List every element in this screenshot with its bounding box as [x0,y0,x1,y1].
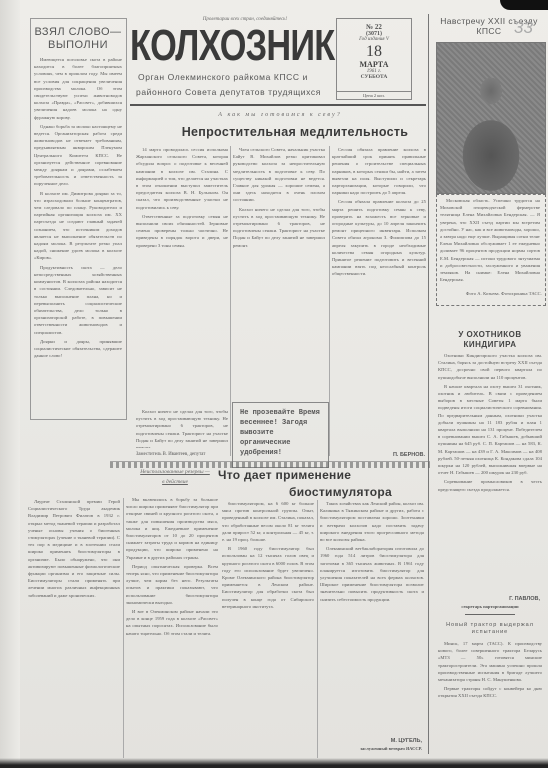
section-wave-divider [110,461,430,468]
main-col-rule-2 [329,146,330,456]
bio-rubric-1: Неиспользованные резервы — [125,469,225,475]
bio-col-4: Таких хозяйствах как Ленский район, колх… [320,500,424,736]
main-col-rule-1 [230,146,231,456]
bio-headline-2: биостимулятора [289,485,392,499]
photo-credit: Фото А. Козьева. Фотохроника ТАСС. [460,290,542,304]
tractor-headline: Новый трактор выдержал испытание [436,622,544,636]
issue-price: Цена 2 коп. [337,91,411,99]
bio-col-3: биостимулятором, на 6 600 кг больше мяса… [222,500,314,758]
masthead-rule [130,104,426,106]
bio-author-title: заслуженный ветврач ЯАССР. [330,746,422,751]
issue-date-box: № 22 (3071) Год издания V 18 МАРТА 1961 … [336,18,412,100]
main-col-1-tail: Колхоз ничего не сделал для того, чтобы … [136,408,228,448]
issue-weekday: СУББОТА [337,74,411,80]
main-col-2: Член сельского Совета, начальник участка… [233,146,325,396]
organ-line-1: Орган Олекминского райкома КПСС и [138,72,308,82]
issue-number: № 22 [337,23,411,31]
hunters-headline: У ОХОТНИКОВ КИНДИГИРА [436,330,544,350]
page-fold-shadow [0,0,20,768]
deputy-signature: Заместитель В. Ивантеев, депутат [136,452,228,457]
main-col-1: 14 марта проводилась сессия исполкома Жа… [136,146,228,406]
newspaper-page: ВЗЯЛ СЛОВО— ВЫПОЛНИ Имеющееся поголовье … [0,0,548,768]
tractor-text: Минск, 17 марта (ТАСС). К производству н… [438,640,542,720]
left-column-text: Имеющееся поголовье скота в районе наход… [34,56,122,416]
main-headline: Непростительная медлительность [165,125,425,139]
torn-corner [500,0,548,10]
main-col-3: Сессия обязала правление колхоза в кратч… [332,146,426,436]
notice-text: Не прозевайте Время весеннее! Загодя выв… [240,408,322,458]
newspaper-title: КОЛХОЗНИК [130,23,334,69]
hunters-text: Охотники Киндигирского участка колхоза и… [438,352,542,592]
issue-day: 18 [337,44,411,60]
issue-month: МАРТА [337,60,411,69]
photo-milkmaid [436,42,546,194]
bio-col-rule-2 [317,500,318,758]
archive-mark: 33 [514,18,533,38]
bio-col-1: Лауреат Сталинской премии Герой Социалис… [28,498,120,758]
bio-col-rule-1 [123,498,124,758]
bio-rubric-2: в действие [145,479,205,485]
page-bottom-edge [0,758,548,768]
hunters-author: Г. ПАВЛОВ, [470,596,540,602]
photo-caption-text: Московская область. Успешно трудится на … [440,197,540,289]
left-column-title: ВЗЯЛ СЛОВО— ВЫПОЛНИ [34,26,122,52]
tractor-divider [465,614,515,615]
hunters-author-title: секретарь парторганизации [440,604,540,609]
main-kicker: А как мы готовимся к севу? [180,112,380,118]
column-rule-right [428,14,429,754]
main-author: П. БЕРНОВ. [375,452,425,458]
bio-author: М. ЦУГЕЛЬ, [350,738,422,744]
bio-col-2: Мы включились в борьбу за большое число … [126,496,218,758]
issue-founded: Год издания V [337,37,411,42]
organ-line-2: районного Совета депутатов трудящихся [136,87,321,97]
bio-headline-1: Что дает применение [218,468,351,482]
